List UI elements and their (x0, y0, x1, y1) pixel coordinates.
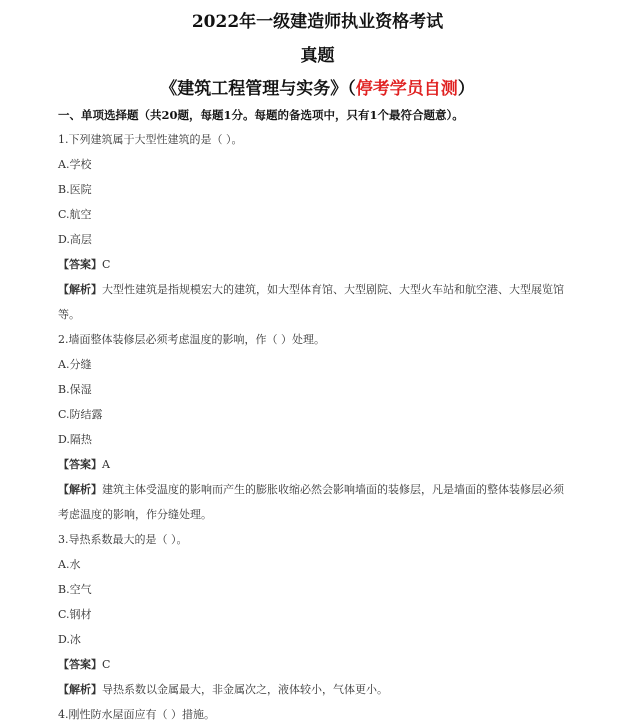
question-option: B.保湿 (58, 381, 92, 397)
exam-title: 2022年一级建造师执业资格考试 (0, 7, 635, 32)
analysis-label: 【解析】 (58, 283, 102, 296)
question-stem: 4.刚性防水屋面应有（ ）措施。 (58, 706, 215, 722)
analysis-text: 建筑主体受温度的影响而产生的膨胀收缩必然会影响墙面的装修层，凡是墙面的整体装修层… (102, 483, 564, 496)
question-option: B.空气 (58, 581, 92, 597)
question-option: D.冰 (58, 631, 81, 647)
answer-line: 【答案】C (58, 656, 110, 672)
question-stem: 3.导热系数最大的是（ ）。 (58, 531, 188, 547)
question-option: C.航空 (58, 206, 92, 222)
question-option: C.防结露 (58, 406, 103, 422)
answer-value: C (102, 258, 110, 271)
analysis-line: 【解析】导热系数以金属最大，非金属次之，液体较小，气体更小。 (58, 681, 388, 697)
analysis-continuation: 等。 (58, 306, 80, 322)
answer-line: 【答案】A (58, 456, 110, 472)
subject-title-suffix: ） (458, 79, 475, 99)
answer-line: 【答案】C (58, 256, 110, 272)
question-option: A.学校 (58, 156, 91, 172)
analysis-label: 【解析】 (58, 683, 102, 696)
subject-title: 《建筑工程管理与实务》（停考学员自测） (0, 74, 635, 99)
analysis-label: 【解析】 (58, 483, 102, 496)
analysis-continuation: 考虑温度的影响，作分缝处理。 (58, 506, 212, 522)
analysis-text: 大型性建筑是指规模宏大的建筑，如大型体育馆、大型剧院、大型火车站和航空港、大型展… (102, 283, 564, 296)
answer-label: 【答案】 (58, 658, 102, 671)
analysis-text: 导热系数以金属最大，非金属次之，液体较小，气体更小。 (102, 683, 388, 696)
question-stem: 2.墙面整体装修层必须考虑温度的影响，作（ ）处理。 (58, 331, 325, 347)
section-heading: 一、单项选择题（共20题，每题1分。每题的备选项中，只有1个最符合题意）。 (58, 107, 464, 123)
question-stem: 1.下列建筑属于大型性建筑的是（ ）。 (58, 131, 243, 147)
subject-title-highlight: 停考学员自测 (356, 79, 458, 99)
question-option: D.高层 (58, 231, 92, 247)
answer-value: A (102, 458, 110, 471)
subject-title-prefix: 《建筑工程管理与实务》（ (160, 79, 356, 99)
question-option: C.钢材 (58, 606, 92, 622)
analysis-line: 【解析】大型性建筑是指规模宏大的建筑，如大型体育馆、大型剧院、大型火车站和航空港… (58, 281, 564, 297)
analysis-line: 【解析】建筑主体受温度的影响而产生的膨胀收缩必然会影响墙面的装修层，凡是墙面的整… (58, 481, 564, 497)
question-option: B.医院 (58, 181, 92, 197)
answer-value: C (102, 658, 110, 671)
question-option: A.分缝 (58, 356, 91, 372)
question-option: D.隔热 (58, 431, 92, 447)
exam-subtitle: 真题 (0, 41, 635, 66)
answer-label: 【答案】 (58, 258, 102, 271)
question-option: A.水 (58, 556, 80, 572)
document-page: 2022年一级建造师执业资格考试 真题 《建筑工程管理与实务》（停考学员自测） … (0, 0, 635, 723)
answer-label: 【答案】 (58, 458, 102, 471)
